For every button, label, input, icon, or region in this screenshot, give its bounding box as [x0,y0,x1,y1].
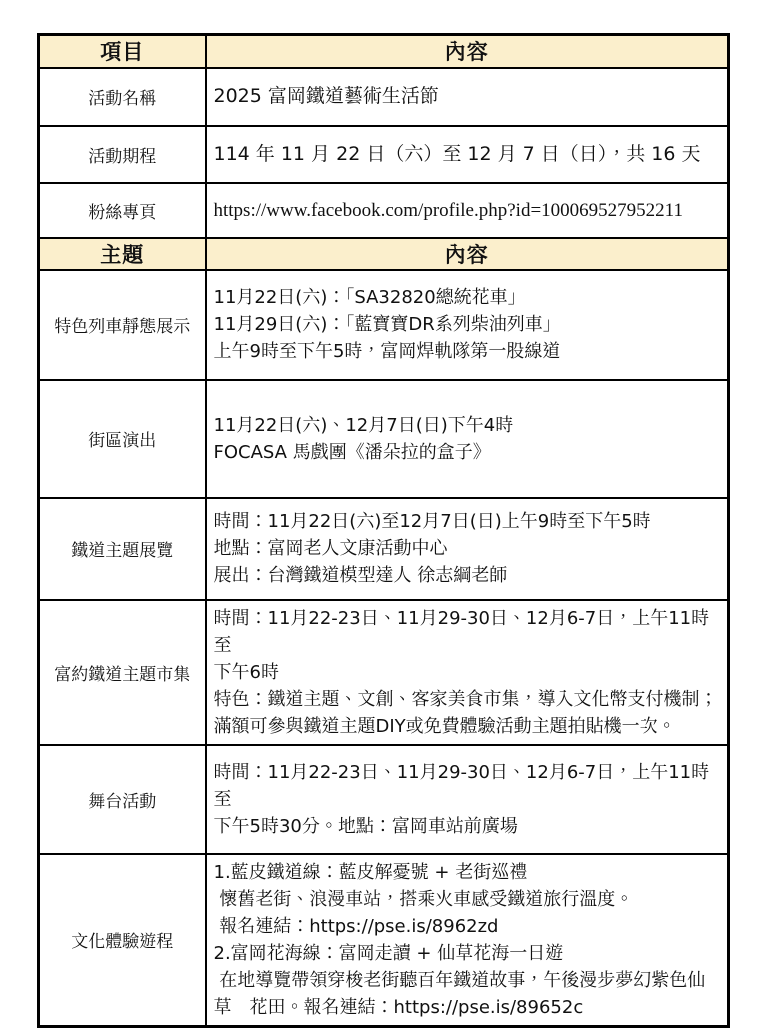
topic-cell: 活動名稱 [39,68,206,126]
topic-cell: 粉絲專頁 [39,183,206,238]
topic-cell: 活動期程 [39,126,206,183]
content-line: 2.富岡花海線：富岡走讀 + 仙草花海一日遊 [214,940,722,967]
topic-cell: 鐵道主題展覽 [39,498,206,600]
content-line: 上午9時至下午5時，富岡焊軌隊第一股線道 [214,338,722,365]
table-row: 文化體驗遊程1.藍皮鐵道線：藍皮解憂號 + 老街巡禮 懷舊老街、浪漫車站，搭乘火… [39,854,729,1027]
url-text-line: https://www.facebook.com/profile.php?id=… [214,197,722,224]
content-line: 下午5時30分。地點：富岡車站前廣場 [214,813,722,840]
content-line: 在地導覽帶領穿梭老街聽百年鐵道故事，午後漫步夢幻紫色仙 [214,967,722,994]
column-header-content: 內容 [206,238,729,270]
content-line: 滿額可參與鐵道主題DIY或免費體驗活動主題拍貼機一次。 [214,713,722,740]
content-line: FOCASA 馬戲團《潘朵拉的盒子》 [214,439,722,466]
content-line: 11月22日(六)：「SA32820總統花車」 [214,284,722,311]
content-line: 11月22日(六)、12月7日(日)下午4時 [214,412,722,439]
topic-cell: 富約鐵道主題市集 [39,600,206,745]
content-cell: https://www.facebook.com/profile.php?id=… [206,183,729,238]
content-cell: 11月22日(六)：「SA32820總統花車」11月29日(六)：「藍寶寶DR系… [206,270,729,380]
content-cell: 2025 富岡鐵道藝術生活節 [206,68,729,126]
content-cell: 時間：11月22-23日、11月29-30日、12月6-7日，上午11時至下午5… [206,745,729,854]
content-line: 展出：台灣鐵道模型達人 徐志綱老師 [214,562,722,589]
topic-cell: 文化體驗遊程 [39,854,206,1027]
event-table-body: 項目內容活動名稱2025 富岡鐵道藝術生活節活動期程114 年 11 月 22 … [39,35,729,1027]
table-row: 鐵道主題展覽時間：11月22日(六)至12月7日(日)上午9時至下午5時地點：富… [39,498,729,600]
content-line: 11月29日(六)：「藍寶寶DR系列柴油列車」 [214,311,722,338]
table-row: 舞台活動時間：11月22-23日、11月29-30日、12月6-7日，上午11時… [39,745,729,854]
section-1-header-row: 主題內容 [39,238,729,270]
column-header-topic: 主題 [39,238,206,270]
content-line: 2025 富岡鐵道藝術生活節 [214,83,722,110]
content-cell: 114 年 11 月 22 日（六）至 12 月 7 日（日），共 16 天 [206,126,729,183]
content-cell: 1.藍皮鐵道線：藍皮解憂號 + 老街巡禮 懷舊老街、浪漫車站，搭乘火車感受鐵道旅… [206,854,729,1027]
topic-cell: 街區演出 [39,380,206,498]
content-line: 114 年 11 月 22 日（六）至 12 月 7 日（日），共 16 天 [214,141,722,168]
event-table: 項目內容活動名稱2025 富岡鐵道藝術生活節活動期程114 年 11 月 22 … [37,33,730,1028]
event-info-sheet: 項目內容活動名稱2025 富岡鐵道藝術生活節活動期程114 年 11 月 22 … [37,33,730,1028]
topic-cell: 特色列車靜態展示 [39,270,206,380]
content-line: 懷舊老街、浪漫車站，搭乘火車感受鐵道旅行溫度。 [214,886,722,913]
column-header-topic: 項目 [39,35,206,68]
content-line: 時間：11月22-23日、11月29-30日、12月6-7日，上午11時至 [214,759,722,813]
content-line: 特色：鐵道主題、文創、客家美食市集，導入文化幣支付機制； [214,686,722,713]
content-line: 草 花田。報名連結：https://pse.is/89652c [214,994,722,1021]
content-cell: 時間：11月22日(六)至12月7日(日)上午9時至下午5時地點：富岡老人文康活… [206,498,729,600]
content-line: 1.藍皮鐵道線：藍皮解憂號 + 老街巡禮 [214,859,722,886]
content-cell: 時間：11月22-23日、11月29-30日、12月6-7日，上午11時至下午6… [206,600,729,745]
content-line: 下午6時 [214,659,722,686]
document-page: { "document": { "background": "#ffffff",… [0,0,763,1024]
content-line: 地點：富岡老人文康活動中心 [214,535,722,562]
table-row: 活動名稱2025 富岡鐵道藝術生活節 [39,68,729,126]
table-row: 活動期程114 年 11 月 22 日（六）至 12 月 7 日（日），共 16… [39,126,729,183]
topic-cell: 舞台活動 [39,745,206,854]
section-0-header-row: 項目內容 [39,35,729,68]
table-row: 街區演出11月22日(六)、12月7日(日)下午4時FOCASA 馬戲團《潘朵拉… [39,380,729,498]
column-header-content: 內容 [206,35,729,68]
table-row: 粉絲專頁https://www.facebook.com/profile.php… [39,183,729,238]
content-line: 報名連結：https://pse.is/8962zd [214,913,722,940]
content-line: 時間：11月22日(六)至12月7日(日)上午9時至下午5時 [214,508,722,535]
table-row: 特色列車靜態展示11月22日(六)：「SA32820總統花車」11月29日(六)… [39,270,729,380]
content-cell: 11月22日(六)、12月7日(日)下午4時FOCASA 馬戲團《潘朵拉的盒子》 [206,380,729,498]
table-row: 富約鐵道主題市集時間：11月22-23日、11月29-30日、12月6-7日，上… [39,600,729,745]
content-line: 時間：11月22-23日、11月29-30日、12月6-7日，上午11時至 [214,605,722,659]
